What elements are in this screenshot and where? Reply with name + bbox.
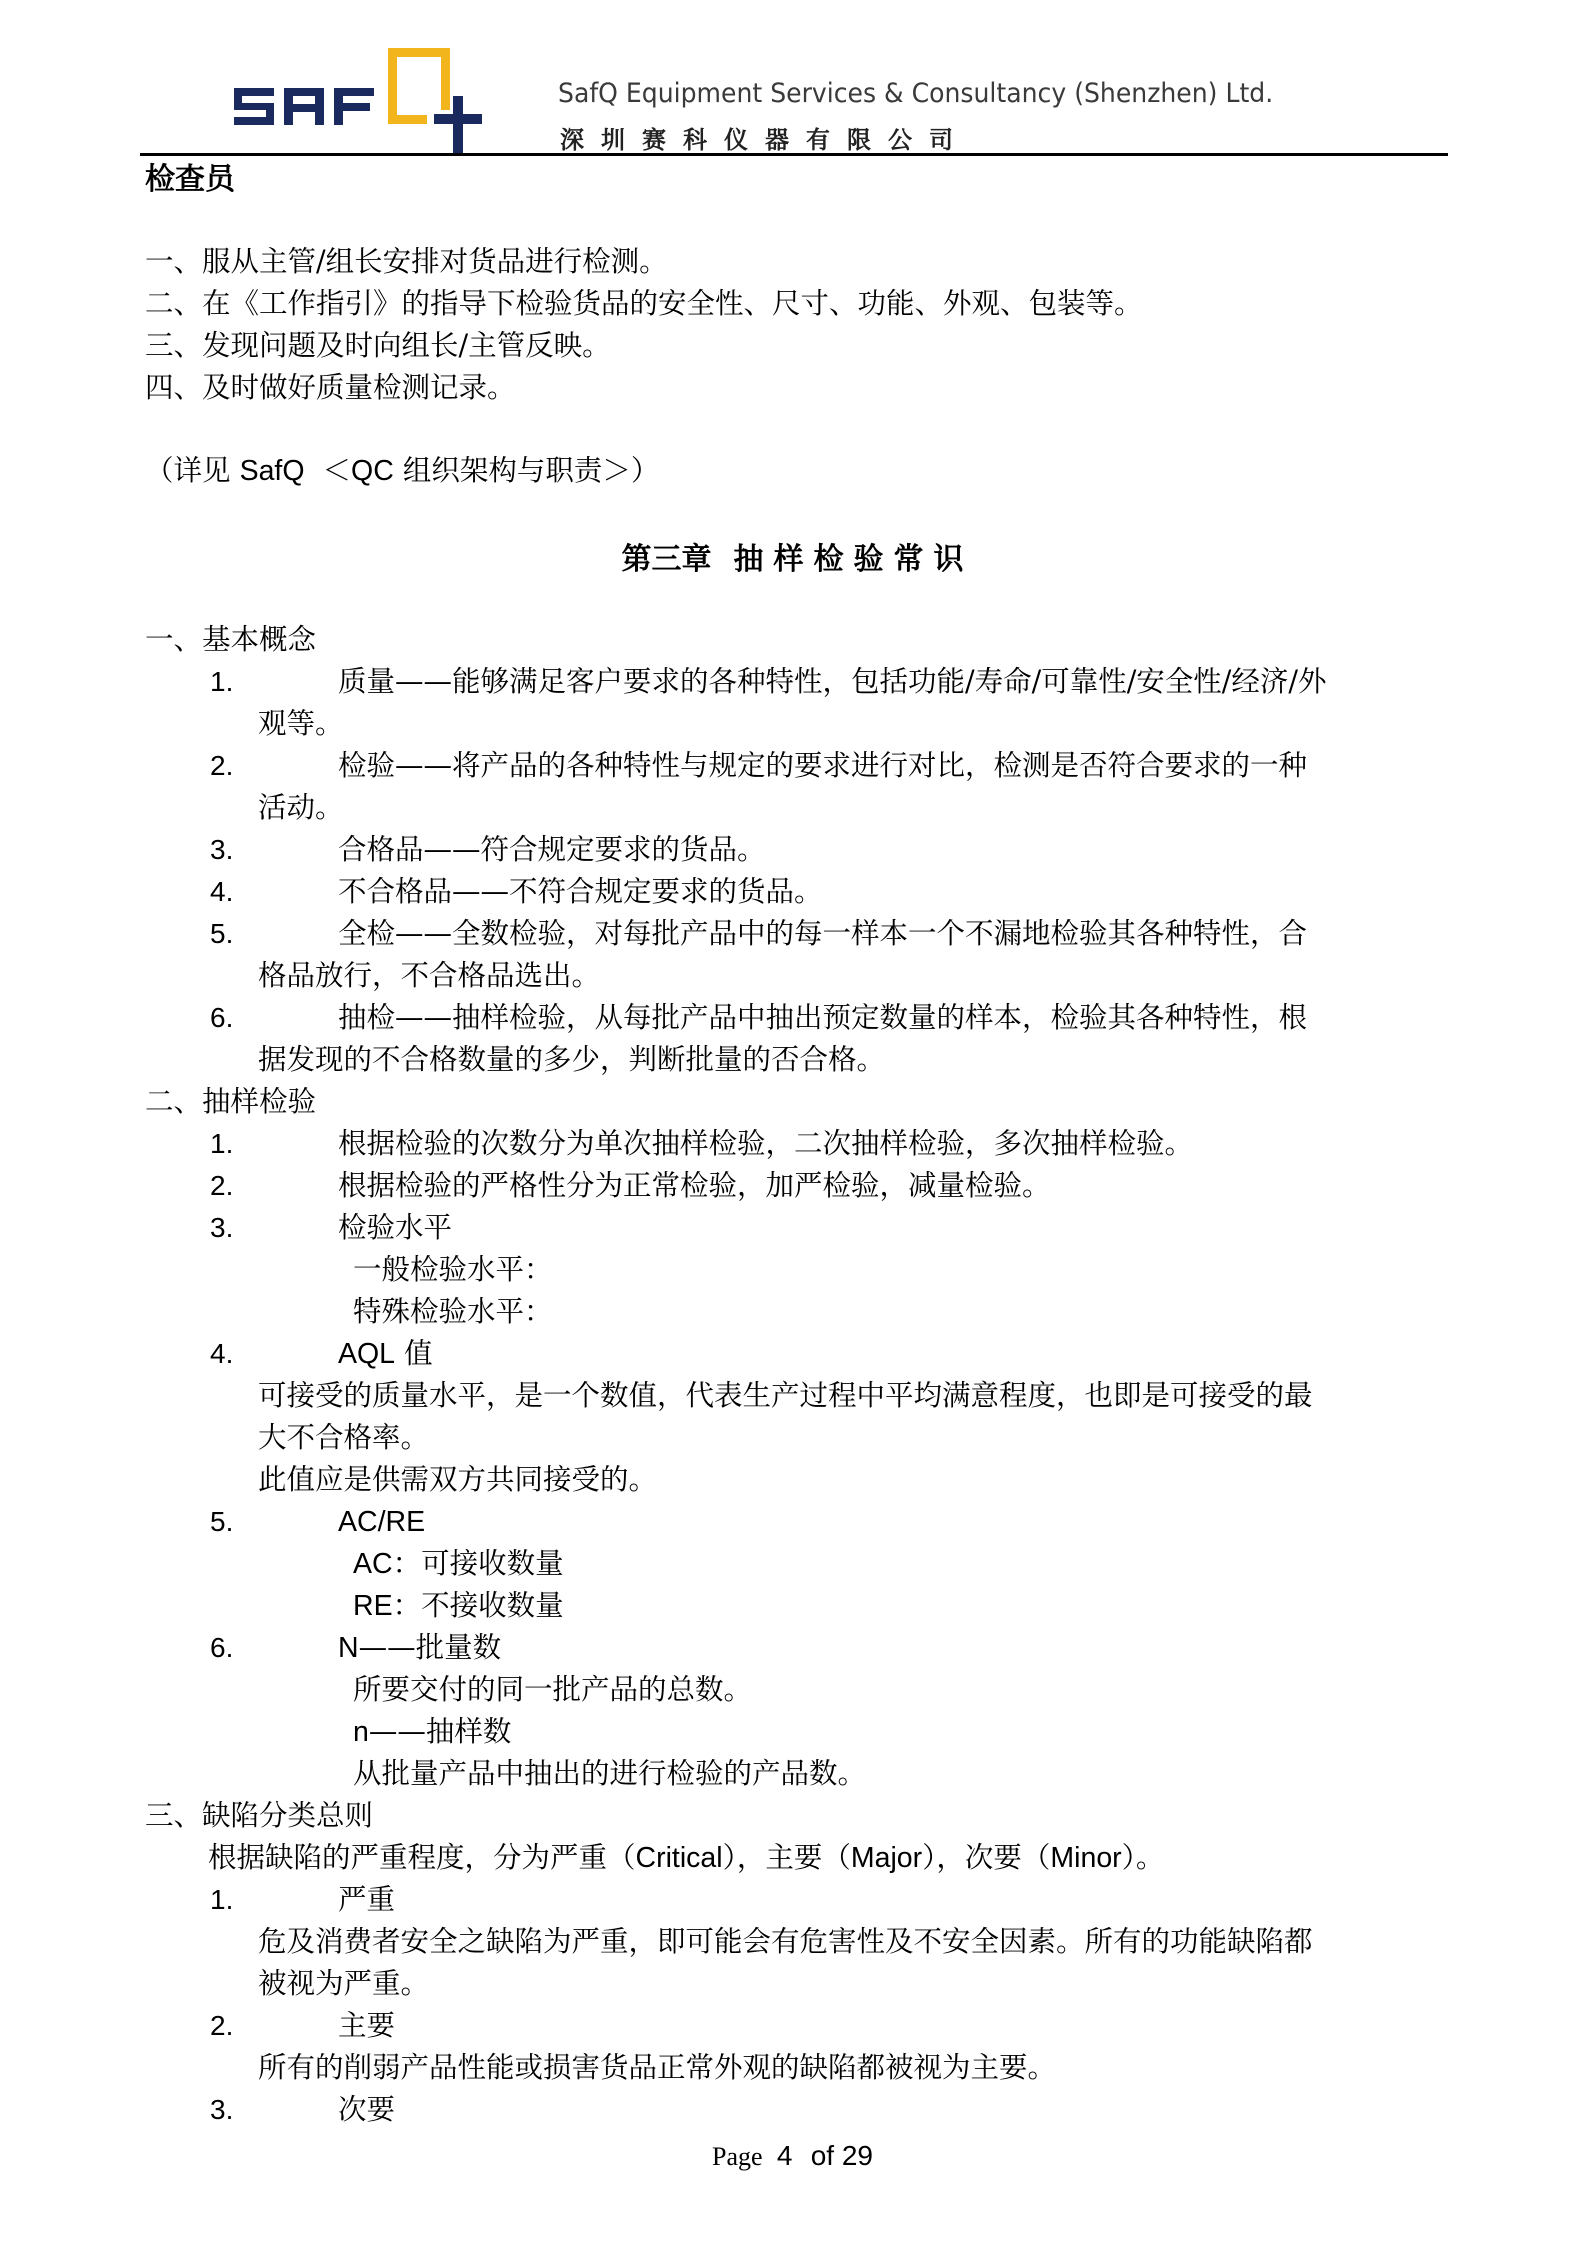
- page-label: Page: [712, 2142, 763, 2171]
- part2-item-6-text: N——批量数: [338, 1630, 501, 1666]
- major-term: Major: [851, 1842, 922, 1874]
- aql-suffix: 值: [395, 1337, 433, 1370]
- part3-item-3-number: 3.: [210, 2092, 233, 2128]
- part3-item-1-desc-1: 危及消费者安全之缺陷为严重，即可能会有危害性及不安全因素。所有的功能缺陷都: [258, 1924, 1313, 1960]
- company-name-english: SafQ Equipment Services & Consultancy (S…: [558, 78, 1273, 109]
- part2-item-2-number: 2.: [210, 1168, 233, 1204]
- part2-item-1-text: 根据检验的次数分为单次抽样检验，二次抽样检验，多次抽样检验。: [338, 1126, 1193, 1162]
- minor-term: Minor: [1050, 1842, 1121, 1874]
- part3-item-1-text: 严重: [338, 1882, 395, 1918]
- critical-term: Critical: [636, 1842, 723, 1874]
- sample-size-label: ——抽样数: [369, 1715, 512, 1748]
- ac-desc: ：可接收数量: [393, 1547, 564, 1580]
- inspector-duty-2: 二、在《工作指引》的指导下检验货品的安全性、尺寸、功能、外观、包装等。: [145, 286, 1143, 322]
- part2-item-6-desc-sample: 从批量产品中抽出的进行检验的产品数。: [353, 1756, 866, 1792]
- section-title-inspector: 检查员: [145, 162, 235, 198]
- part3-item-2-text: 主要: [338, 2008, 395, 2044]
- re-label: RE: [353, 1590, 393, 1622]
- intro-text-b: ），主要（: [723, 1841, 851, 1874]
- re-desc: ：不接收数量: [393, 1589, 564, 1622]
- chapter-heading: 第三章抽样检验常识: [0, 534, 1585, 578]
- part1-item-2-number: 2.: [210, 748, 233, 784]
- part1-item-6-number: 6.: [210, 1000, 233, 1036]
- part1-item-1-text: 质量——能够满足客户要求的各种特性，包括功能/寿命/可靠性/安全性/经济/外: [338, 664, 1327, 700]
- part2-item-3-number: 3.: [210, 1210, 233, 1246]
- note-open-bracket: ＜: [323, 454, 352, 487]
- part2-item-4-text: AQL 值: [338, 1336, 433, 1372]
- part1-item-3-text: 合格品——符合规定要求的货品。: [338, 832, 766, 868]
- lot-size-symbol: N: [338, 1632, 359, 1664]
- part1-item-3-number: 3.: [210, 832, 233, 868]
- part2-item-3-sub-special: 特殊检验水平：: [353, 1294, 553, 1330]
- intro-text-d: ）。: [1122, 1841, 1165, 1874]
- inspector-duty-1: 一、服从主管/组长安排对货品进行检测。: [145, 244, 668, 280]
- intro-text-a: 根据缺陷的严重程度，分为严重（: [208, 1841, 636, 1874]
- page-current: 4: [777, 2140, 793, 2171]
- part2-item-2-text: 根据检验的严格性分为正常检验，加严检验，减量检验。: [338, 1168, 1051, 1204]
- part1-item-1-cont: 观等。: [258, 706, 344, 742]
- part3-item-2-desc-1: 所有的削弱产品性能或损害货品正常外观的缺陷都被视为主要。: [258, 2050, 1056, 2086]
- inspector-duty-4: 四、及时做好质量检测记录。: [145, 370, 516, 406]
- aql-label: AQL: [338, 1338, 395, 1370]
- part2-item-5-text: AC/RE: [338, 1504, 425, 1540]
- part2-item-3-text: 检验水平: [338, 1210, 452, 1246]
- part2-item-5-sub-ac: AC：可接收数量: [353, 1546, 564, 1582]
- sample-size-symbol: n: [353, 1716, 369, 1748]
- part1-item-1-number: 1.: [210, 664, 233, 700]
- part3-item-2-number: 2.: [210, 2008, 233, 2044]
- part2-item-4-desc-3: 此值应是供需双方共同接受的。: [258, 1462, 657, 1498]
- reference-note: （详见 SafQ＜QC 组织架构与职责＞）: [145, 453, 659, 489]
- page-footer: Page 4 of 29: [0, 2140, 1585, 2172]
- part3-item-1-number: 1.: [210, 1882, 233, 1918]
- part1-item-2-text: 检验——将产品的各种特性与规定的要求进行对比，检测是否符合要求的一种: [338, 748, 1307, 784]
- chapter-title: 抽样检验常识: [734, 542, 974, 577]
- part1-item-4-number: 4.: [210, 874, 233, 910]
- part2-heading: 二、抽样检验: [145, 1084, 316, 1120]
- part3-item-3-text: 次要: [338, 2092, 395, 2128]
- part1-item-2-cont: 活动。: [258, 790, 344, 826]
- chapter-label: 第三章: [622, 542, 712, 577]
- part2-item-5-sub-re: RE：不接收数量: [353, 1588, 564, 1624]
- part2-item-1-number: 1.: [210, 1126, 233, 1162]
- part2-item-6-desc-lot: 所要交付的同一批产品的总数。: [353, 1672, 752, 1708]
- part3-intro: 根据缺陷的严重程度，分为严重（Critical），主要（Major），次要（Mi…: [208, 1840, 1164, 1876]
- part1-item-5-number: 5.: [210, 916, 233, 952]
- note-qc: QC: [351, 455, 394, 487]
- part2-item-4-number: 4.: [210, 1336, 233, 1372]
- part2-item-6-sample-size: n——抽样数: [353, 1714, 511, 1750]
- part2-item-6-number: 6.: [210, 1630, 233, 1666]
- part1-item-5-text: 全检——全数检验，对每批产品中的每一样本一个不漏地检验其各种特性，合: [338, 916, 1307, 952]
- part1-item-4-text: 不合格品——不符合规定要求的货品。: [338, 874, 823, 910]
- part2-item-4-desc-1: 可接受的质量水平，是一个数值，代表生产过程中平均满意程度，也即是可接受的最: [258, 1378, 1313, 1414]
- part1-heading: 一、基本概念: [145, 622, 316, 658]
- part1-item-6-text: 抽检——抽样检验，从每批产品中抽出预定数量的样本，检验其各种特性，根: [338, 1000, 1307, 1036]
- part3-item-1-desc-2: 被视为严重。: [258, 1966, 429, 2002]
- ac-label: AC: [353, 1548, 393, 1580]
- intro-text-c: ），次要（: [922, 1841, 1050, 1874]
- part2-item-3-sub-general: 一般检验水平：: [353, 1252, 553, 1288]
- part1-item-5-cont: 格品放行，不合格品选出。: [258, 958, 600, 994]
- note-prefix: （详见: [145, 454, 240, 487]
- page-total: of 29: [811, 2140, 873, 2171]
- note-text: 组织架构与职责: [394, 454, 603, 487]
- part2-item-4-desc-2: 大不合格率。: [258, 1420, 429, 1456]
- company-name-chinese: 深圳赛科仪器有限公司: [560, 120, 970, 155]
- safq-logo-icon: [228, 46, 528, 156]
- header-divider: [140, 153, 1448, 156]
- note-brand: SafQ: [240, 455, 305, 487]
- lot-size-label: ——批量数: [359, 1631, 502, 1664]
- inspector-duty-3: 三、发现问题及时向组长/主管反映。: [145, 328, 611, 364]
- note-close-bracket: ＞）: [602, 454, 659, 487]
- part2-item-5-number: 5.: [210, 1504, 233, 1540]
- part1-item-6-cont: 据发现的不合格数量的多少，判断批量的否合格。: [258, 1042, 885, 1078]
- part3-heading: 三、缺陷分类总则: [145, 1798, 373, 1834]
